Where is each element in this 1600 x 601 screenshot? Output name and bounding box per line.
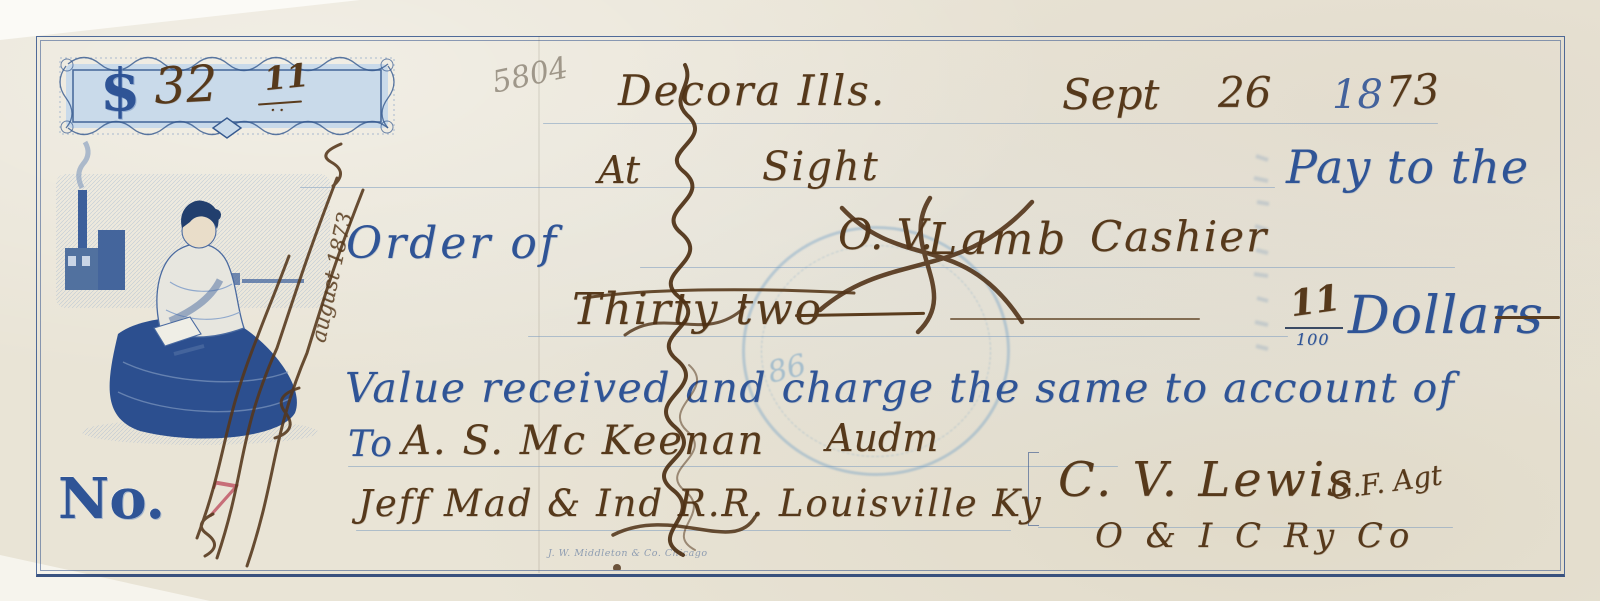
- number-label: No.: [58, 466, 165, 532]
- cents-dots: ··: [270, 100, 287, 121]
- dollar-sign: $: [100, 56, 140, 124]
- year-written: 73: [1384, 64, 1441, 117]
- fraction-bar: [1285, 327, 1343, 329]
- payee-crossout-strokes: [810, 190, 1040, 340]
- signature-name: C. V. Lewis: [1058, 452, 1355, 508]
- value-clause-printed: Value received and charge the same to ac…: [345, 364, 1455, 412]
- account-title: Audm: [826, 416, 938, 460]
- amount-figures: 32: [153, 54, 220, 115]
- signature-company: O & I C Ry Co: [1095, 516, 1415, 556]
- cents-denominator: 100: [1296, 330, 1330, 349]
- year-printed: 18: [1332, 72, 1383, 118]
- date-day: 26: [1218, 68, 1271, 117]
- diagonal-endorsement-strokes: [185, 138, 395, 568]
- vertical-endorsement-scrawl: [555, 35, 765, 570]
- cents-numerator: 11: [1287, 277, 1342, 326]
- payee-title: Cashier: [1090, 212, 1268, 261]
- date-month: Sept: [1062, 70, 1159, 119]
- sight-written: Sight: [762, 144, 880, 190]
- backing-paper-top-left: [0, 0, 360, 40]
- amount-box: $ 32 11 ··: [52, 50, 402, 142]
- pay-to-the-printed: Pay to the: [1286, 140, 1529, 194]
- check-document: $ 32 11 ··: [0, 0, 1600, 601]
- amount-cents: 11: [262, 56, 310, 98]
- amount-dash-3: [1495, 316, 1560, 319]
